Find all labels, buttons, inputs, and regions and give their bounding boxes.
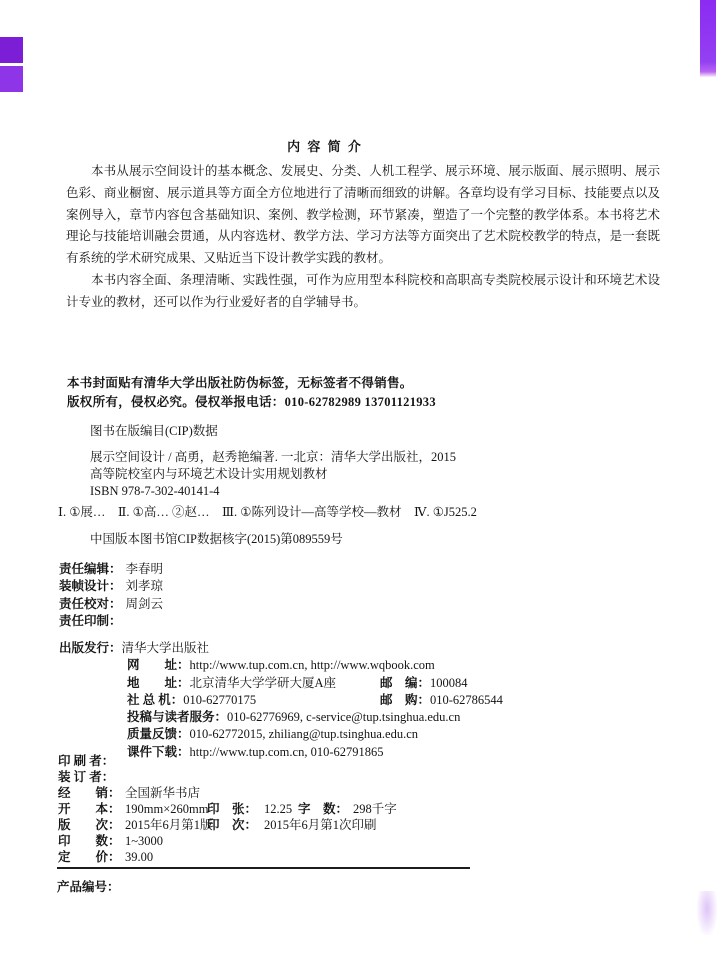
printrun-value: 1~3000 xyxy=(125,833,163,849)
address-label: 地 址： xyxy=(127,676,190,690)
mailorder-pair: 邮 购：010-62786544 xyxy=(380,692,503,709)
staff-label: 装帧设计： xyxy=(59,579,122,593)
edition-row: 版 次：2015年6月第1版印 次：2015年6月第1次印刷 xyxy=(58,817,678,833)
publisher-label: 出版发行： xyxy=(59,641,122,655)
feedback-label: 质量反馈： xyxy=(127,727,190,741)
postcode-label: 邮 编： xyxy=(380,676,430,690)
impression-label: 印 次： xyxy=(207,817,257,833)
publisher-name: 清华大学出版社 xyxy=(122,641,210,655)
divider-rule xyxy=(57,867,470,869)
format-row: 开 本：190mm×260mm印 张：12.25字 数：298千字 xyxy=(58,801,678,817)
staff-label: 责任印制： xyxy=(59,614,122,628)
publisher-reader-service-row: 投稿与读者服务：010-62776969, c-service@tup.tsin… xyxy=(59,709,659,726)
wordcount-label: 字 数： xyxy=(298,801,348,817)
publisher-address-row: 地 址：北京清华大学学研大厦A座邮 编：100084 xyxy=(59,675,659,692)
website-label: 网 址： xyxy=(127,658,190,672)
sheets-value: 12.25 xyxy=(264,801,292,817)
edition-label: 版 次： xyxy=(58,818,121,832)
decor-bottom-right-smudge xyxy=(697,891,717,935)
cip-title-line: 展示空间设计 / 高勇，赵秀艳编著. 一北京：清华大学出版社，2015 xyxy=(90,449,477,466)
staff-row-proofreader: 责任校对：周剑云 xyxy=(59,596,163,613)
feedback-value: 010-62772015, zhiliang@tup.tsinghua.edu.… xyxy=(190,727,419,741)
staff-block: 责任编辑：李春明 装帧设计：刘孝琼 责任校对：周剑云 责任印制： xyxy=(59,561,163,631)
postcode-pair: 邮 编：100084 xyxy=(380,675,468,692)
cip-block: 图书在版编目(CIP)数据 展示空间设计 / 高勇，赵秀艳编著. 一北京：清华大… xyxy=(58,423,477,548)
staff-value: 周剑云 xyxy=(126,597,164,611)
format-label: 开 本： xyxy=(58,802,121,816)
printer-row: 印 刷 者： xyxy=(58,753,678,769)
product-code-label: 产品编号： xyxy=(57,877,120,895)
address-value: 北京清华大学学研大厦A座 xyxy=(190,676,337,690)
staff-value: 刘孝琼 xyxy=(126,579,164,593)
decor-right-bar xyxy=(700,0,716,77)
mailorder-label: 邮 购： xyxy=(380,693,430,707)
binder-row: 装 订 者： xyxy=(58,769,678,785)
staff-row-printing: 责任印制： xyxy=(59,613,163,630)
staff-label: 责任校对： xyxy=(59,597,122,611)
printrun-label: 印 数： xyxy=(58,834,121,848)
cip-classification: Ⅰ. ①展… Ⅱ. ①高… ②赵… Ⅲ. ①陈列设计—高等学校—教材 Ⅳ. ①J… xyxy=(58,504,477,521)
decor-square-top xyxy=(0,37,23,63)
distributor-value: 全国新华书店 xyxy=(125,785,200,801)
reader-service-value: 010-62776969, c-service@tup.tsinghua.edu… xyxy=(227,710,460,724)
publisher-switchboard-row: 社 总 机：010-62770175邮 购：010-62786544 xyxy=(59,692,659,709)
printrun-row: 印 数：1~3000 xyxy=(58,833,678,849)
decor-square-bottom xyxy=(0,66,23,92)
reader-service-label: 投稿与读者服务： xyxy=(127,710,227,724)
website-value: http://www.tup.com.cn, http://www.wqbook… xyxy=(190,658,435,672)
staff-row-designer: 装帧设计：刘孝琼 xyxy=(59,578,163,595)
print-info-block: 印 刷 者： 装 订 者： 经 销：全国新华书店 开 本：190mm×260mm… xyxy=(58,753,678,865)
sheets-label: 印 张： xyxy=(207,801,257,817)
staff-label: 责任编辑： xyxy=(59,562,122,576)
publisher-website-row: 网 址：http://www.tup.com.cn, http://www.wq… xyxy=(59,657,659,674)
format-value: 190mm×260mm xyxy=(125,801,208,817)
staff-row-editor: 责任编辑：李春明 xyxy=(59,561,163,578)
intro-paragraph-1: 本书从展示空间设计的基本概念、发展史、分类、人机工程学、展示环境、展示版面、展示… xyxy=(66,161,660,270)
anti-counterfeit-line: 本书封面贴有清华大学出版社防伪标签，无标签者不得销售。 xyxy=(67,374,436,393)
distributor-label: 经 销： xyxy=(58,786,121,800)
cip-isbn: ISBN 978-7-302-40141-4 xyxy=(90,483,477,500)
cip-heading: 图书在版编目(CIP)数据 xyxy=(90,423,477,440)
cip-record-number: 中国版本图书馆CIP数据核字(2015)第089559号 xyxy=(90,531,477,548)
impression-value: 2015年6月第1次印刷 xyxy=(264,817,377,833)
price-value: 39.00 xyxy=(125,849,153,865)
printer-label: 印 刷 者： xyxy=(58,754,114,768)
cip-series-line: 高等院校室内与环境艺术设计实用规划教材 xyxy=(90,466,477,483)
price-label: 定 价： xyxy=(58,850,121,864)
switchboard-label: 社 总 机： xyxy=(127,693,183,707)
edition-value: 2015年6月第1版 xyxy=(125,817,213,833)
copyright-page: 内 容 简 介 本书从展示空间设计的基本概念、发展史、分类、人机工程学、展示环境… xyxy=(0,0,718,974)
intro-body: 本书从展示空间设计的基本概念、发展史、分类、人机工程学、展示环境、展示版面、展示… xyxy=(66,161,660,314)
postcode-value: 100084 xyxy=(430,676,468,690)
wordcount-value: 298千字 xyxy=(353,801,397,817)
distributor-row: 经 销：全国新华书店 xyxy=(58,785,678,801)
publisher-block: 出版发行：清华大学出版社 网 址：http://www.tup.com.cn, … xyxy=(59,640,659,761)
price-row: 定 价：39.00 xyxy=(58,849,678,865)
staff-value: 李春明 xyxy=(126,562,164,576)
intro-title: 内 容 简 介 xyxy=(0,136,650,155)
binder-label: 装 订 者： xyxy=(58,770,114,784)
mailorder-value: 010-62786544 xyxy=(430,693,503,707)
anti-counterfeit-notice: 本书封面贴有清华大学出版社防伪标签，无标签者不得销售。 版权所有，侵权必究。侵权… xyxy=(67,374,436,411)
switchboard-value: 010-62770175 xyxy=(183,693,256,707)
publisher-feedback-row: 质量反馈：010-62772015, zhiliang@tup.tsinghua… xyxy=(59,726,659,743)
intro-paragraph-2: 本书内容全面、条理清晰、实践性强，可作为应用型本科院校和高职高专类院校展示设计和… xyxy=(66,270,660,314)
publisher-row: 出版发行：清华大学出版社 xyxy=(59,640,659,657)
copyright-line: 版权所有，侵权必究。侵权举报电话：010-62782989 1370112193… xyxy=(67,393,436,412)
